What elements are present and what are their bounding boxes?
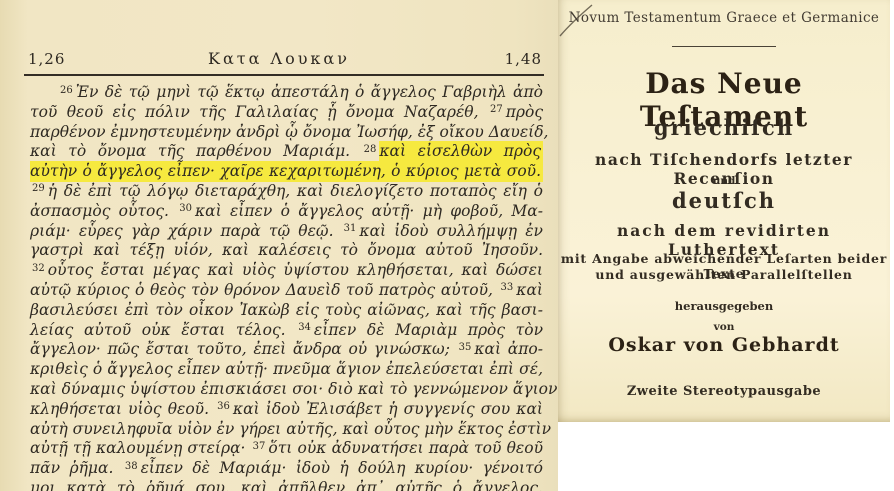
greek-text-page: 1,26 Κατα Λουκαν 1,48 26Ἐν δὲ τῷ μηνὶ τῷ…: [0, 0, 558, 491]
subtitle-greek: griechiſch: [558, 115, 890, 140]
greek-text-line: λείας αὐτοῦ οὐκ ἔσται τέλος. 34εἶπεν δὲ …: [30, 321, 543, 341]
running-title: Κατα Λουκαν: [59, 49, 498, 68]
greek-text-line: ἀσπασμὸς οὗτος. 30καὶ εἶπεν ὁ ἄγγελος αὐ…: [30, 202, 543, 222]
header-rule: [24, 74, 544, 76]
greek-text-segment: κληθήσεται υἱὸς θεοῦ.: [30, 400, 215, 418]
greek-text-line: μοι κατὰ τὸ ῥῆμά σου. καὶ ἀπῆλθεν ἀπ᾽ αὐ…: [30, 479, 543, 491]
verse-number: 28: [364, 144, 377, 155]
greek-text-segment: ἀσπασμὸς οὗτος.: [30, 202, 177, 220]
greek-text-segment: τοῦ θεοῦ εἰς πόλιν τῆς Γαλιλαίας ᾗ ὄνομα…: [30, 103, 488, 121]
greek-text-line: γαστρὶ καὶ τέξῃ υἱόν, καὶ καλέσεις τὸ ὄν…: [30, 241, 543, 261]
greek-text-segment: καὶ ἰδοὺ Ἐλισάβετ ἡ συγγενίς σου καὶ: [233, 400, 543, 418]
verse-number: 34: [298, 322, 311, 333]
greek-text-line: κριθεὶς ὁ ἄγγελος εἶπεν αὐτῇ· πνεῦμα ἅγι…: [30, 360, 543, 380]
greek-text-segment: μοι κατὰ τὸ ῥῆμά σου. καὶ ἀπῆλθεν ἀπ᾽ αὐ…: [30, 479, 543, 491]
verse-number: 37: [253, 441, 266, 452]
highlighted-text: καὶ εἰσελθὼν πρὸς: [379, 141, 543, 162]
greek-text-block: 26Ἐν δὲ τῷ μηνὶ τῷ ἕκτῳ ἀπεστάλη ὁ ἄγγελ…: [0, 83, 558, 491]
greek-text-segment: ἄγγελον· πῶς ἔσται τοῦτο, ἐπεὶ ἄνδρα οὐ …: [30, 340, 457, 358]
greek-text-line: παρθένον ἐμνηστευμένην ἀνδρὶ ᾧ ὄνομα Ἰωσ…: [30, 123, 543, 143]
edition-note: Zweite Stereotypausgabe: [558, 384, 890, 399]
greek-text-line: αὐτῷ κύριος ὁ θεὸς τὸν θρόνον Δαυεὶδ τοῦ…: [30, 281, 543, 301]
greek-text-segment: ὅτι οὐκ ἀδυνατήσει παρὰ τοῦ θεοῦ: [268, 439, 543, 457]
greek-text-line: πᾶν ῥῆμα. 38εἶπεν δὲ Μαριάμ· ἰδοὺ ἡ δούλ…: [30, 459, 543, 479]
greek-text-line: αὐτῇ τῇ καλουμένῃ στείρᾳ· 37ὅτι οὐκ ἀδυν…: [30, 439, 543, 459]
note-line-2: und ausgewählten Parallelſtellen: [558, 267, 890, 282]
greek-text-segment: καὶ δύναμις ὑψίστου ἐπισκιάσει σοι· διὸ …: [30, 380, 557, 398]
subtitle-german: deutſch: [558, 188, 890, 213]
greek-text-segment: καὶ ἀπο-: [474, 340, 543, 358]
and-word: und: [558, 175, 890, 187]
title-page: Novum Testamentum Graece et Germanice Da…: [558, 0, 890, 422]
greek-text-segment: παρθένον ἐμνηστευμένην ἀνδρὶ ᾧ ὄνομα Ἰωσ…: [30, 123, 549, 141]
verse-number: 38: [125, 461, 138, 472]
verse-number: 26: [60, 85, 73, 96]
greek-text-line: αὐτὴν ὁ ἄγγελος εἶπεν· χαῖρε κεχαριτωμέν…: [30, 162, 543, 182]
title-divider-rule: [672, 46, 776, 47]
edited-label: herausgegeben: [558, 299, 890, 313]
verse-number: 29: [32, 183, 45, 194]
verse-number: 31: [344, 223, 357, 234]
greek-text-line: 26Ἐν δὲ τῷ μηνὶ τῷ ἕκτῳ ἀπεστάλη ὁ ἄγγελ…: [30, 83, 543, 103]
greek-text-segment: γαστρὶ καὶ τέξῃ υἱόν, καὶ καλέσεις τὸ ὄν…: [30, 241, 543, 259]
greek-text-segment: αὐτῷ κύριος ὁ θεὸς τὸν θρόνον Δαυεὶδ τοῦ…: [30, 281, 499, 299]
greek-text-line: ἄγγελον· πῶς ἔσται τοῦτο, ἐπεὶ ἄνδρα οὐ …: [30, 340, 543, 360]
verse-number: 32: [32, 263, 45, 274]
verse-number: 27: [490, 104, 503, 115]
greek-text-segment: βασιλεύσει ἐπὶ τὸν οἶκον Ἰακὼβ εἰς τοὺς …: [30, 301, 543, 319]
greek-text-line: αὐτὴ συνειληφυῖα υἱὸν ἐν γήρει αὐτῆς, κα…: [30, 420, 543, 440]
greek-text-segment: εἶπεν δὲ Μαριὰμ πρὸς τὸν: [314, 321, 543, 339]
greek-text-segment: ἡ δὲ ἐπὶ τῷ λόγῳ διεταράχθη, καὶ διελογί…: [48, 182, 543, 200]
greek-text-line: καὶ τὸ ὄνομα τῆς παρθένου Μαριάμ. 28καὶ …: [30, 142, 543, 162]
greek-text-segment: καὶ τὸ ὄνομα τῆς παρθένου Μαριάμ.: [30, 142, 362, 160]
book-scan-root: 1,26 Κατα Λουκαν 1,48 26Ἐν δὲ τῷ μηνὶ τῷ…: [0, 0, 894, 491]
verse-ref-right: 1,48: [505, 50, 542, 68]
greek-text-segment: πρὸς: [506, 103, 543, 121]
greek-text-line: καὶ δύναμις ὑψίστου ἐπισκιάσει σοι· διὸ …: [30, 380, 543, 400]
greek-text-segment: ριάμ· εὗρες γὰρ χάριν παρὰ τῷ θεῷ.: [30, 222, 342, 240]
greek-text-segment: κριθεὶς ὁ ἄγγελος εἶπεν αὐτῇ· πνεῦμα ἅγι…: [30, 360, 543, 378]
editor-name: Oskar von Gebhardt: [558, 334, 890, 356]
greek-text-line: 29ἡ δὲ ἐπὶ τῷ λόγῳ διεταράχθη, καὶ διελο…: [30, 182, 543, 202]
greek-text-segment: καὶ: [516, 281, 543, 299]
greek-text-line: τοῦ θεοῦ εἰς πόλιν τῆς Γαλιλαίας ᾗ ὄνομα…: [30, 103, 543, 123]
verse-number: 36: [217, 401, 230, 412]
by-label: von: [558, 321, 890, 333]
verse-number: 30: [179, 203, 192, 214]
highlighted-text: αὐτὴν ὁ ἄγγελος εἶπεν· χαῖρε κεχαριτωμέν…: [30, 161, 543, 182]
greek-text-segment: αὐτὴ συνειληφυῖα υἱὸν ἐν γήρει αὐτῆς, κα…: [30, 420, 551, 438]
verse-number: 35: [459, 342, 472, 353]
greek-text-segment: οὗτος ἔσται μέγας καὶ υἱὸς ὑψίστου κληθή…: [48, 261, 543, 279]
greek-text-segment: καὶ ἰδοὺ συλλήμψῃ ἐν: [359, 222, 543, 240]
greek-text-line: ριάμ· εὗρες γὰρ χάριν παρὰ τῷ θεῷ. 31καὶ…: [30, 222, 543, 242]
verse-number: 33: [501, 282, 514, 293]
greek-text-segment: λείας αὐτοῦ οὐκ ἔσται τέλος.: [30, 321, 296, 339]
series-title: Novum Testamentum Graece et Germanice: [558, 10, 890, 26]
page-header: 1,26 Κατα Λουκαν 1,48: [0, 49, 558, 68]
greek-text-segment: εἶπεν δὲ Μαριάμ· ἰδοὺ ἡ δούλη κυρίου· γέ…: [141, 459, 543, 477]
greek-text-line: 32οὗτος ἔσται μέγας καὶ υἱὸς ὑψίστου κλη…: [30, 261, 543, 281]
greek-text-segment: πᾶν ῥῆμα.: [30, 459, 123, 477]
greek-text-segment: Ἐν δὲ τῷ μηνὶ τῷ ἕκτῳ ἀπεστάλη ὁ ἄγγελος…: [76, 83, 543, 101]
greek-text-segment: αὐτῇ τῇ καλουμένῃ στείρᾳ·: [30, 439, 251, 457]
greek-text-line: κληθήσεται υἱὸς θεοῦ. 36καὶ ἰδοὺ Ἐλισάβε…: [30, 400, 543, 420]
greek-text-segment: καὶ εἶπεν ὁ ἄγγελος αὐτῇ· μὴ φοβοῦ, Μα-: [195, 202, 543, 220]
greek-text-line: βασιλεύσει ἐπὶ τὸν οἶκον Ἰακὼβ εἰς τοὺς …: [30, 301, 543, 321]
